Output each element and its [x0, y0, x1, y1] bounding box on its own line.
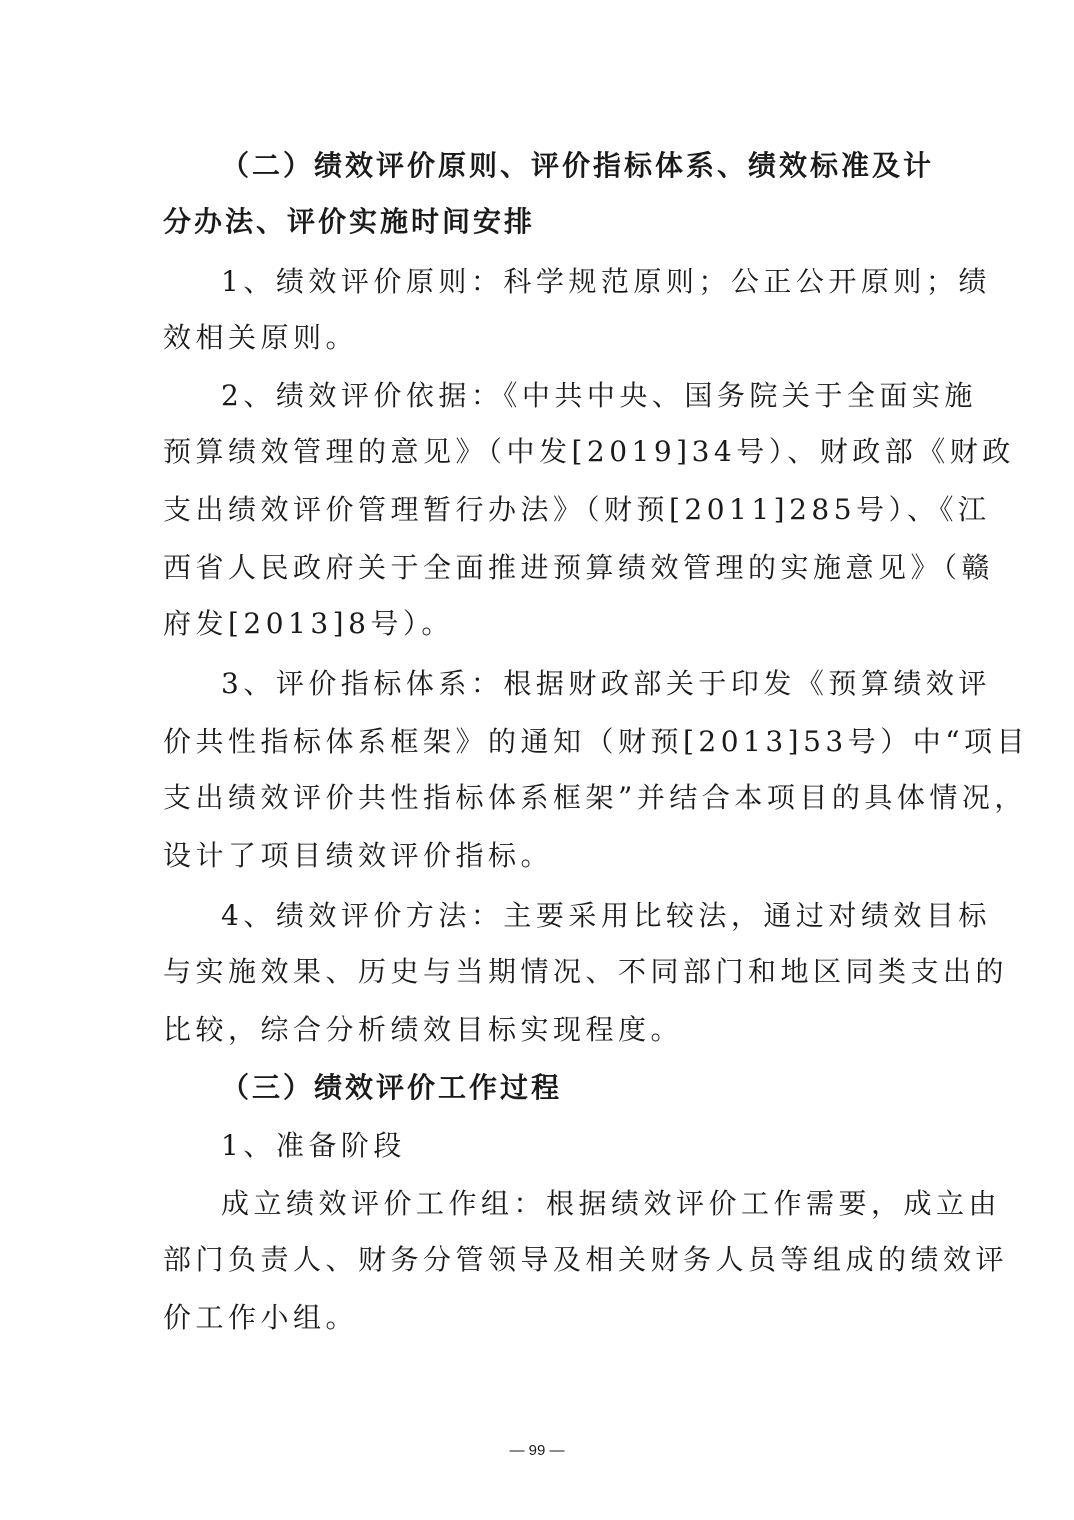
section-heading-3: （三）绩效评价工作过程	[221, 1068, 562, 1108]
paragraph-line: 价共性指标体系框架》的通知（财预[2013]53号）中“项目	[163, 722, 1029, 762]
paragraph-line: 2、绩效评价依据：《中共中央、国务院关于全面实施	[221, 376, 977, 416]
subsection-heading: 1、准备阶段	[221, 1126, 406, 1166]
paragraph-line: 设计了项目绩效评价指标。	[163, 836, 553, 876]
paragraph-line: 效相关原则。	[163, 318, 358, 358]
paragraph-line: 价工作小组。	[163, 1298, 358, 1338]
paragraph-line: 1、绩效评价原则：科学规范原则；公正公开原则；绩	[221, 262, 991, 302]
section-heading-2: （二）绩效评价原则、评价指标体系、绩效标准及计	[221, 146, 934, 186]
paragraph-line: 支出绩效评价管理暂行办法》（财预[2011]285号）、《江	[163, 490, 991, 530]
paragraph-line: 成立绩效评价工作组：根据绩效评价工作需要，成立由	[221, 1184, 1001, 1224]
page-number: — 99 —	[0, 1442, 1074, 1459]
section-heading-2-cont: 分办法、评价实施时间安排	[163, 202, 535, 242]
paragraph-line: 预算绩效管理的意见》（中发[2019]34号）、财政部《财政	[163, 432, 1015, 472]
paragraph-line: 部门负责人、财务分管领导及相关财务人员等组成的绩效评	[163, 1240, 1008, 1280]
paragraph-line: 4、绩效评价方法：主要采用比较法，通过对绩效目标	[221, 896, 991, 936]
paragraph-line: 府发[2013]8号）。	[163, 604, 454, 644]
paragraph-line: 3、评价指标体系：根据财政部关于印发《预算绩效评	[221, 664, 991, 704]
paragraph-line: 西省人民政府关于全面推进预算绩效管理的实施意见》（赣	[163, 548, 994, 588]
paragraph-line: 支出绩效评价共性指标体系框架”并结合本项目的具体情况，	[163, 778, 1027, 818]
paragraph-line: 与实施效果、历史与当期情况、不同部门和地区同类支出的	[163, 952, 1008, 992]
paragraph-line: 比较，综合分析绩效目标实现程度。	[163, 1010, 683, 1050]
